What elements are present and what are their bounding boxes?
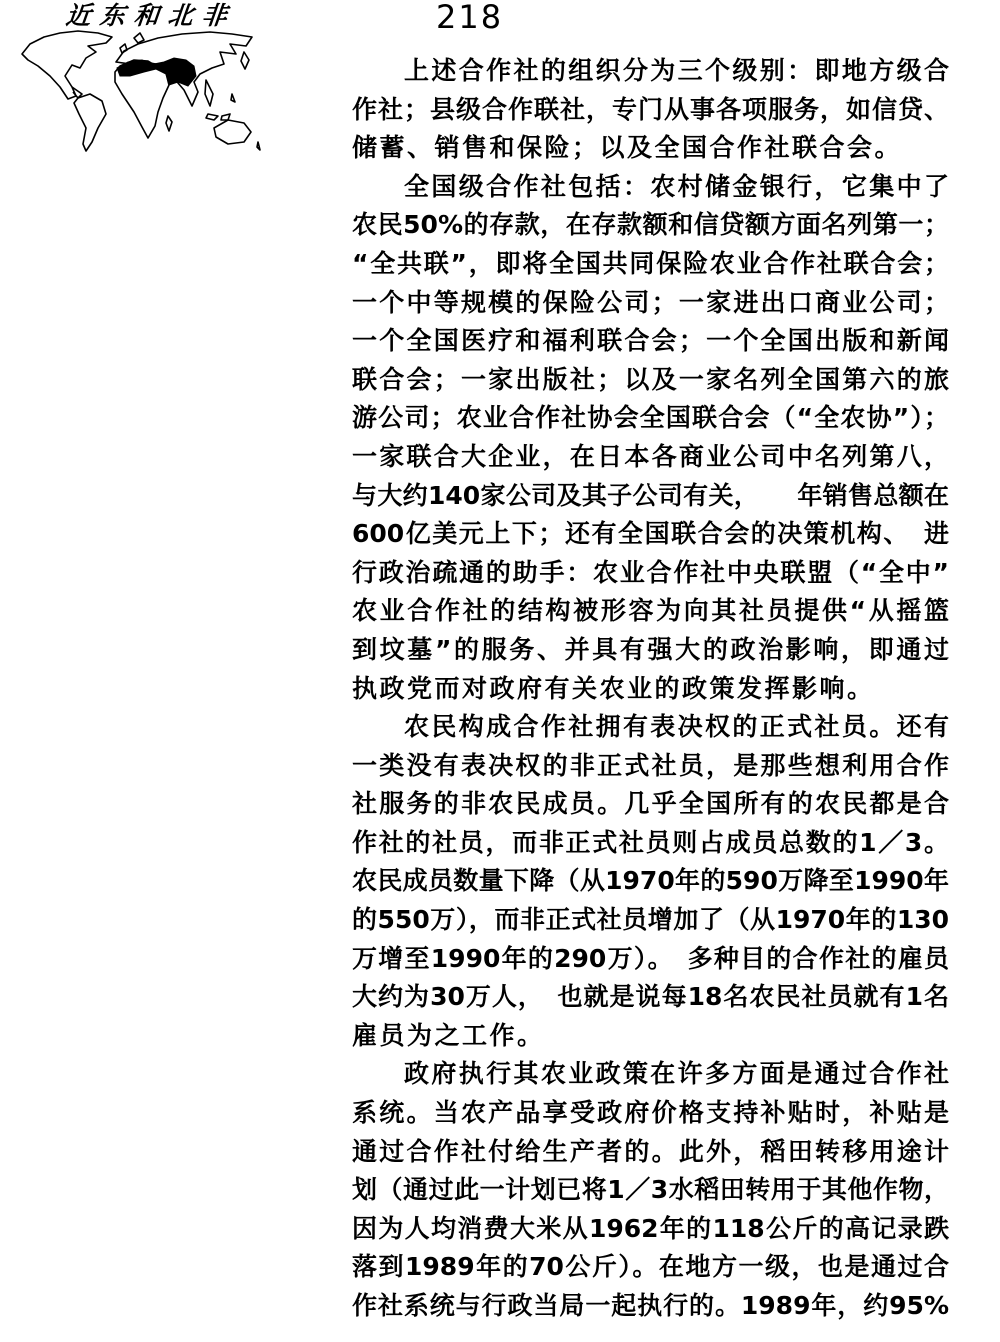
text-line: 游公司；农业合作社协会全国联合会（“全农协”）；: [352, 399, 949, 438]
text-line: 一个全国医疗和福利联合会；一个全国出版和新闻: [352, 322, 949, 361]
text-line: 农业合作社的结构被形容为向其社员提供“从摇篮: [352, 592, 949, 631]
text-line: 全国级合作社包括：农村储金银行，它集中了: [352, 168, 949, 207]
text-line: 一类没有表决权的非正式社员，是那些想利用合作: [352, 747, 949, 786]
text-line: 系统。当农产品享受政府价格支持补贴时，补贴是: [352, 1094, 949, 1133]
text-line: 农民50%的存款，在存款额和信贷额方面名列第一；: [352, 206, 949, 245]
text-line: 作社系统与行政当局一起执行的。1989年，约95%: [352, 1287, 949, 1326]
text-line: 因为人均消费大米从1962年的118公斤的高记录跌: [352, 1210, 949, 1249]
world-map-icon: [16, 24, 266, 172]
text-line: 大约为30万人， 也就是说每18名农民社员就有1名: [352, 978, 949, 1017]
text-line: 落到1989年的70公斤）。在地方一级，也是通过合: [352, 1248, 949, 1287]
text-line: 划（通过此一计划已将1／3水稻田转用于其他作物，: [352, 1171, 949, 1210]
text-line: 通过合作社付给生产者的。此外，稻田转移用途计: [352, 1133, 949, 1172]
text-line: 万增至1990年的290万）。 多种目的合作社的雇员: [352, 940, 949, 979]
text-line: 一个中等规模的保险公司；一家进出口商业公司；: [352, 284, 949, 323]
text-line: 与大约140家公司及其子公司有关， 年销售总额在: [352, 477, 949, 516]
world-map-graphic: [16, 24, 266, 172]
text-line: 上述合作社的组织分为三个级别：即地方级合: [352, 52, 949, 91]
text-line: 社服务的非农民成员。几乎全国所有的农民都是合: [352, 785, 949, 824]
text-line: 一家联合大企业，在日本各商业公司中名列第八，: [352, 438, 949, 477]
highlight-region-near-east-north-africa: [117, 58, 196, 86]
text-line: 执政党而对政府有关农业的政策发挥影响。: [352, 670, 949, 709]
text-line: 作社；县级合作联社，专门从事各项服务，如信贷、: [352, 91, 949, 130]
text-line: 雇员为之工作。: [352, 1017, 949, 1056]
text-line: 农民构成合作社拥有表决权的正式社员。还有: [352, 708, 949, 747]
text-column: 上述合作社的组织分为三个级别：即地方级合作社；县级合作联社，专门从事各项服务，如…: [352, 52, 949, 1326]
text-line: 行政治疏通的助手：农业合作社中央联盟（“全中”: [352, 554, 949, 593]
text-line: 的550万），而非正式社员增加了（从1970年的130: [352, 901, 949, 940]
page-number: 218: [436, 0, 503, 36]
text-line: “全共联”，即将全国共同保险农业合作社联合会；: [352, 245, 949, 284]
text-line: 到坟墓”的服务、并具有强大的政治影响，即通过: [352, 631, 949, 670]
text-line: 农民成员数量下降（从1970年的590万降至1990年: [352, 862, 949, 901]
text-line: 600亿美元上下；还有全国联合会的决策机构、 进: [352, 515, 949, 554]
text-line: 作社的社员，而非正式社员则占成员总数的1／3。: [352, 824, 949, 863]
text-line: 联合会；一家出版社；以及一家名列全国第六的旅: [352, 361, 949, 400]
text-line: 政府执行其农业政策在许多方面是通过合作社: [352, 1055, 949, 1094]
scanned-book-page: 近东和北非 218: [0, 0, 1000, 1342]
text-line: 储蓄、销售和保险；以及全国合作社联合会。: [352, 129, 949, 168]
